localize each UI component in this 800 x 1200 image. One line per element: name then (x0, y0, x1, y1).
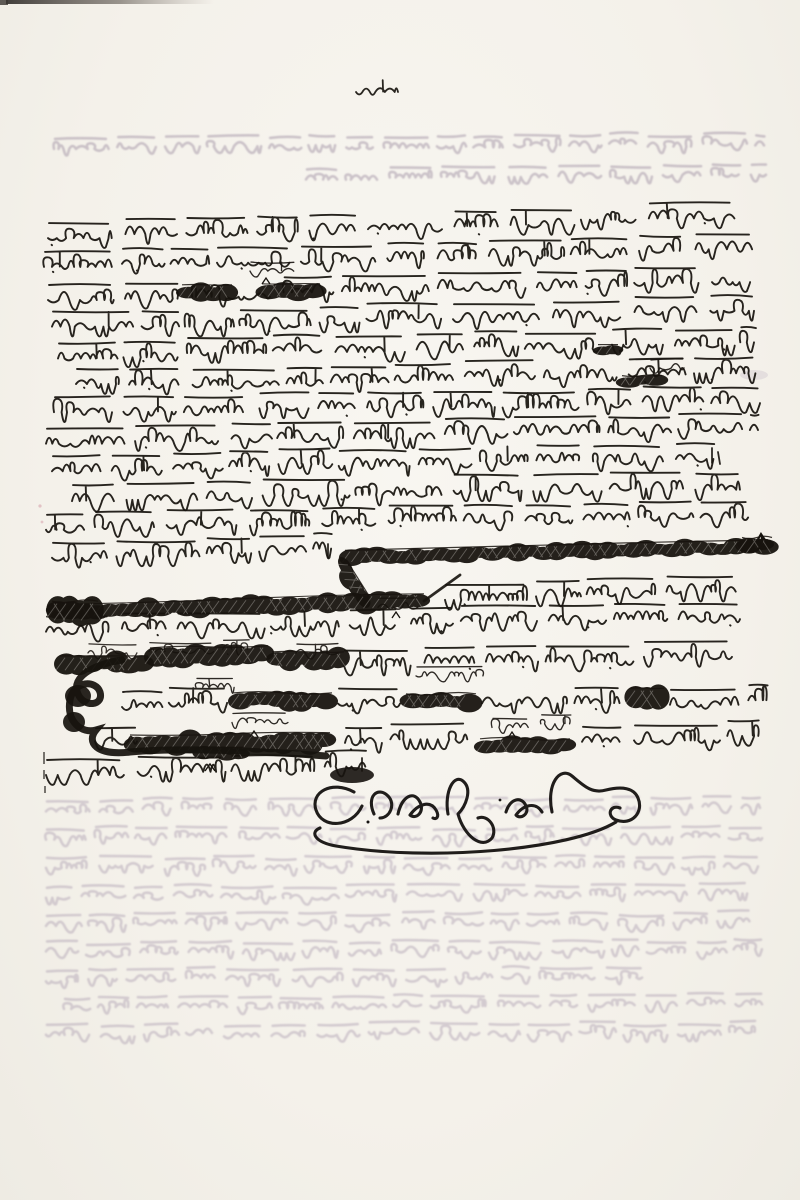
page-number-handwritten (356, 80, 398, 95)
scanned-manuscript-page: উনিশ handwritten letter page with heavy … (0, 0, 800, 1200)
scanned-letter-image (0, 0, 800, 1200)
bleed-through-text-bottom (45, 796, 762, 1043)
bleed-through-text-top (54, 132, 766, 183)
signature-flourish (315, 773, 640, 853)
